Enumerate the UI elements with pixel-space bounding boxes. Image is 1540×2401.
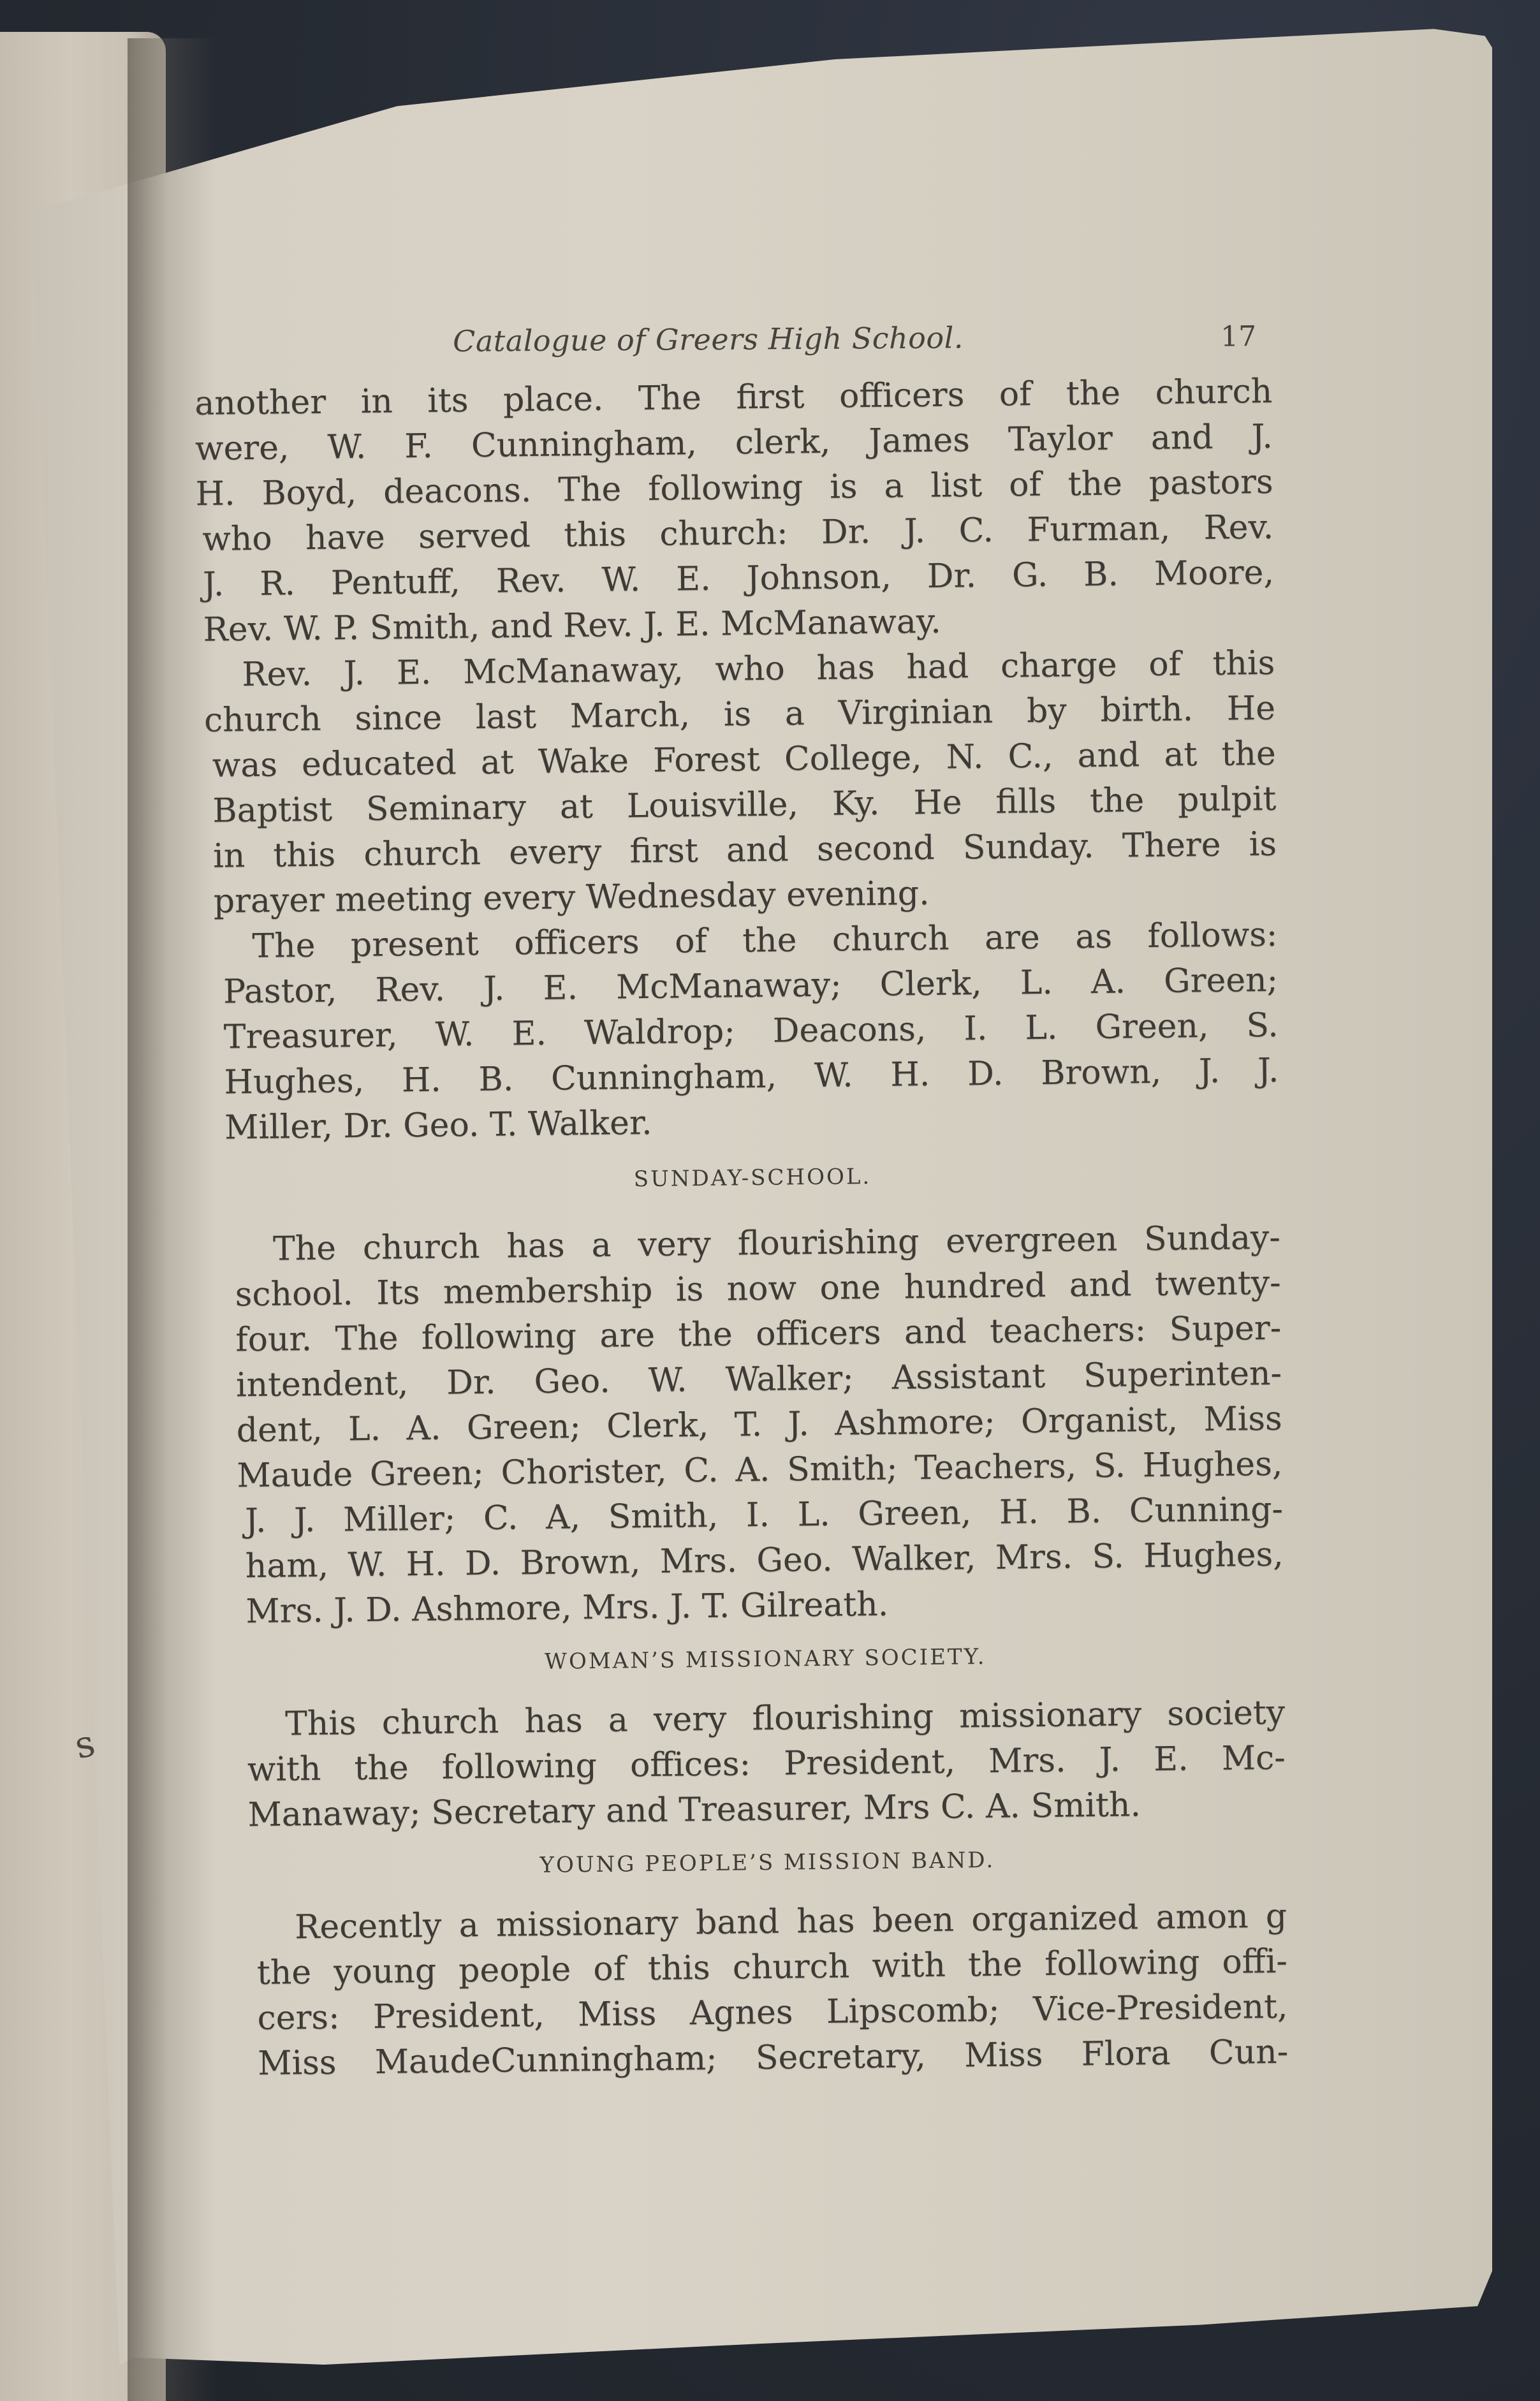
paragraph-pastor: Rev. J. E. McManaway, who has had charge… (197, 641, 1277, 925)
section-sunday-school: The church has a very flourishing evergr… (203, 1215, 1284, 1635)
section-heading-sunday-school: SUNDAY-SCHOOL. (225, 1153, 1280, 1203)
paragraph-church-history: another in its place. The first officers… (194, 369, 1275, 653)
page-body-text: another in its place. The first officers… (194, 369, 1289, 2087)
section-heading-young-peoples-mission-band: YOUNG PEOPLE’S MISSION BAND. (248, 1838, 1286, 1888)
section-heading-womans-missionary-society: WOMAN’S MISSIONARY SOCIETY. (246, 1634, 1284, 1684)
paragraph-church-officers: The present officers of the church are a… (200, 913, 1279, 1151)
running-head-title: Catalogue of Greers High School. (453, 320, 964, 358)
running-head: Catalogue of Greers High School. 17 (453, 318, 1256, 358)
page-number: 17 (1221, 320, 1256, 353)
section-womans-missionary-society: This church has a very flourishing missi… (207, 1691, 1286, 1839)
book-page: Catalogue of Greers High School. 17 anot… (32, 24, 1492, 2365)
section-young-peoples-mission-band: Recently a missionary band has been orga… (209, 1894, 1289, 2087)
